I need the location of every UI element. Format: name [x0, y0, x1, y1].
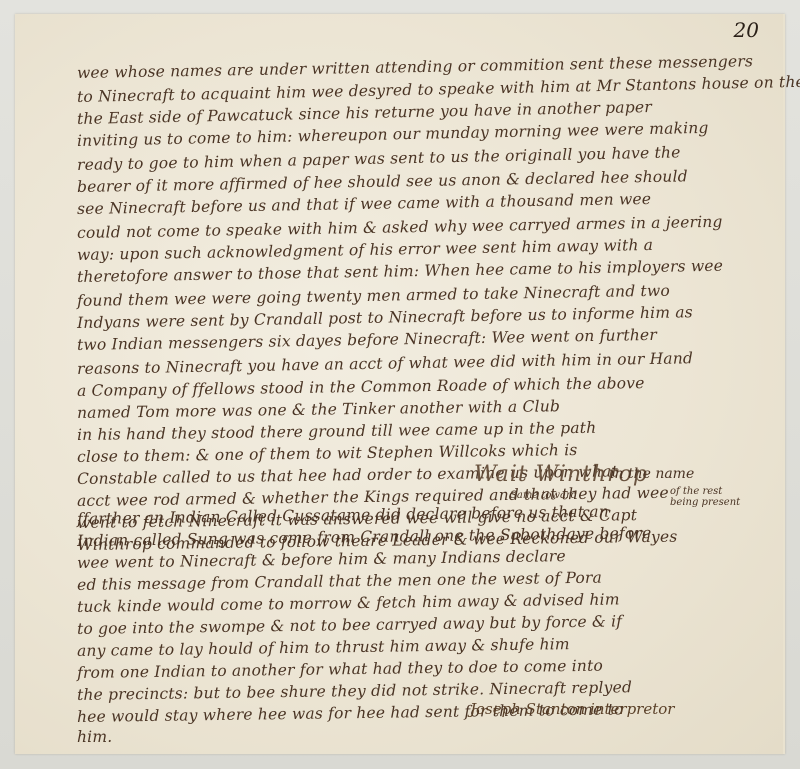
- manuscript-line: ffarther an Indian Called Cussatame did …: [77, 503, 609, 528]
- manuscript-line: tuck kinde would come to morrow & fetch …: [77, 590, 620, 616]
- manuscript-line: any came to lay hould of him to thrust h…: [77, 635, 570, 660]
- paragraph-2: ffarther an Indian Called Cussatame did …: [15, 14, 783, 754]
- manuscript-line: to goe into the swompe & not to bee carr…: [77, 612, 622, 638]
- manuscript-line: Indian called Sung was come from Crandal…: [77, 524, 652, 550]
- manuscript-line: him.: [77, 728, 112, 746]
- interpreter-signature: Joseph Stanton interpretor: [470, 700, 674, 718]
- manuscript-line: ed this message from Crandall that the m…: [77, 569, 602, 594]
- manuscript-line: wee went to Ninecraft & before him & man…: [77, 547, 566, 572]
- manuscript-line: from one Indian to another for what had …: [77, 657, 603, 682]
